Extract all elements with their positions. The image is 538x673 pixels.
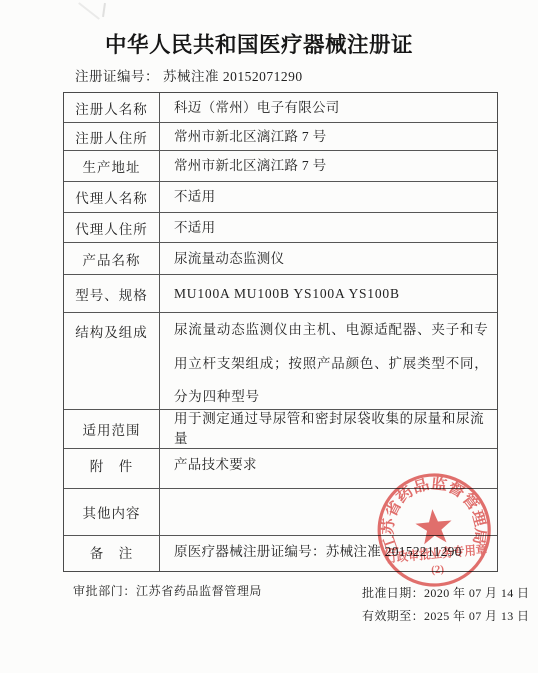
- table-row-production-address: 生产地址 常州市新北区漓江路 7 号: [64, 151, 497, 182]
- row-label: 代理人名称: [64, 182, 160, 212]
- row-label: 型号、规格: [64, 275, 160, 312]
- row-value: 原医疗器械注册证编号：苏械注准 20152211290: [160, 536, 497, 571]
- row-label: 注册人名称: [64, 93, 160, 122]
- approval-department-value: 江苏省药品监督管理局: [136, 584, 262, 598]
- valid-until-value: 2025 年 07 月 13 日: [424, 609, 529, 623]
- page-title: 中华人民共和国医疗器械注册证: [0, 28, 518, 59]
- table-row-agent-address: 代理人住所 不适用: [64, 213, 497, 243]
- row-value: 尿流量动态监测仪: [160, 243, 497, 274]
- approval-date-value: 2020 年 07 月 14 日: [424, 586, 529, 600]
- row-value: 产品技术要求: [160, 449, 497, 488]
- valid-until-line: 有效期至：2025 年 07 月 13 日: [362, 607, 529, 624]
- approval-date-label: 批准日期：: [362, 586, 424, 600]
- row-label: 适用范围: [64, 410, 160, 448]
- approval-department-label: 审批部门：: [73, 584, 136, 598]
- row-value: MU100A MU100B YS100A YS100B: [160, 275, 497, 312]
- row-value: 常州市新北区漓江路 7 号: [160, 123, 497, 150]
- table-row-model-spec: 型号、规格 MU100A MU100B YS100A YS100B: [64, 275, 497, 313]
- row-label: 生产地址: [64, 151, 160, 181]
- row-value: 不适用: [160, 182, 497, 212]
- table-row-structure-composition: 结构及组成 尿流量动态监测仪由主机、电源适配器、夹子和专用立杆支架组成；按照产品…: [64, 313, 497, 410]
- certificate-table: 注册人名称 科迈（常州）电子有限公司 注册人住所 常州市新北区漓江路 7 号 生…: [63, 92, 498, 572]
- cert-number-value: 苏械注准 20152071290: [163, 69, 303, 84]
- table-row-product-name: 产品名称 尿流量动态监测仪: [64, 243, 497, 275]
- row-value: 尿流量动态监测仪由主机、电源适配器、夹子和专用立杆支架组成；按照产品颜色、扩展类…: [160, 313, 497, 409]
- row-label: 结构及组成: [64, 313, 160, 409]
- table-row-other-content: 其他内容: [64, 489, 497, 536]
- row-label: 产品名称: [64, 243, 160, 274]
- cert-number-line: 注册证编号：苏械注准 20152071290: [75, 65, 303, 85]
- row-value: 不适用: [160, 213, 497, 242]
- row-label: 其他内容: [64, 489, 160, 535]
- cert-number-label: 注册证编号：: [75, 69, 159, 84]
- certificate-page: 中华人民共和国医疗器械注册证 注册证编号：苏械注准 20152071290 注册…: [0, 0, 538, 673]
- valid-until-label: 有效期至：: [362, 609, 424, 623]
- scan-artifact: [78, 2, 100, 20]
- table-row-registrant-name: 注册人名称 科迈（常州）电子有限公司: [64, 93, 497, 123]
- row-value: [160, 489, 497, 535]
- table-row-attachment: 附 件 产品技术要求: [64, 449, 497, 489]
- approval-department-line: 审批部门：江苏省药品监督管理局: [73, 582, 262, 599]
- row-value: 常州市新北区漓江路 7 号: [160, 151, 497, 181]
- table-row-scope-of-application: 适用范围 用于测定通过导尿管和密封尿袋收集的尿量和尿流量: [64, 410, 497, 449]
- approval-date-line: 批准日期：2020 年 07 月 14 日: [362, 584, 529, 601]
- scan-artifact: [102, 3, 106, 17]
- row-label: 备 注: [64, 536, 160, 571]
- table-row-registrant-address: 注册人住所 常州市新北区漓江路 7 号: [64, 123, 497, 151]
- table-row-remarks: 备 注 原医疗器械注册证编号：苏械注准 20152211290: [64, 536, 497, 571]
- row-value: 用于测定通过导尿管和密封尿袋收集的尿量和尿流量: [160, 410, 497, 448]
- table-row-agent-name: 代理人名称 不适用: [64, 182, 497, 213]
- row-label: 代理人住所: [64, 213, 160, 242]
- row-label: 附 件: [64, 449, 160, 488]
- row-value: 科迈（常州）电子有限公司: [160, 93, 497, 122]
- row-label: 注册人住所: [64, 123, 160, 150]
